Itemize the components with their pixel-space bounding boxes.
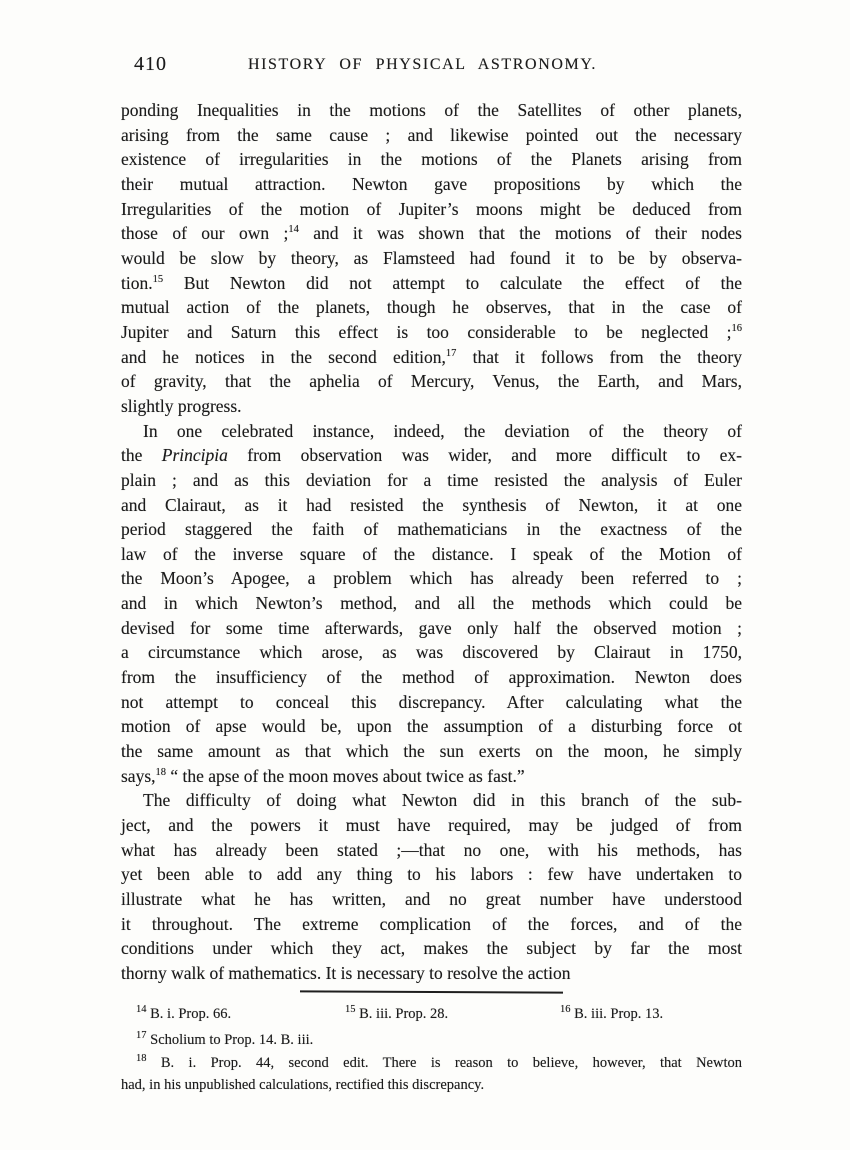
text-line: it throughout. The extreme complication … bbox=[121, 912, 742, 937]
text-line: mutual action of the planets, though he … bbox=[121, 295, 742, 320]
text-line: thorny walk of mathematics. It is necess… bbox=[121, 961, 742, 986]
text-line: motion of apse would be, upon the assump… bbox=[121, 714, 742, 739]
footnote-row: 14 B. i. Prop. 66.15 B. iii. Prop. 28.16… bbox=[121, 1006, 742, 1029]
text-line: those of our own ;14 and it was shown th… bbox=[121, 221, 742, 246]
text-line: would be slow by theory, as Flamsteed ha… bbox=[121, 246, 742, 271]
text-line: and in which Newton’s method, and all th… bbox=[121, 591, 742, 616]
text-line: the Moon’s Apogee, a problem which has a… bbox=[121, 566, 742, 591]
footnote-ref: 16 B. iii. Prop. 13. bbox=[560, 1006, 663, 1023]
text-line: illustrate what he has written, and no g… bbox=[121, 887, 742, 912]
text-line: from the insufficiency of the method of … bbox=[121, 665, 742, 690]
footnote-ref: 15 B. iii. Prop. 28. bbox=[345, 1006, 448, 1023]
text-line: Irregularities of the motion of Jupiter’… bbox=[121, 197, 742, 222]
text-line: their mutual attraction. Newton gave pro… bbox=[121, 172, 742, 197]
text-line: says,18 “ the apse of the moon moves abo… bbox=[121, 764, 742, 789]
text-line: arising from the same cause ; and likewi… bbox=[121, 123, 742, 148]
text-line: tion.15 But Newton did not attempt to ca… bbox=[121, 271, 742, 296]
book-page: 410 HISTORY OF PHYSICAL ASTRONOMY. pondi… bbox=[0, 0, 850, 1150]
text-line: not attempt to conceal this discrepancy.… bbox=[121, 690, 742, 715]
page-header: 410 HISTORY OF PHYSICAL ASTRONOMY. bbox=[121, 52, 742, 82]
text-line: The difficulty of doing what Newton did … bbox=[121, 788, 742, 813]
text-line: devised for some time afterwards, gave o… bbox=[121, 616, 742, 641]
text-line: Jupiter and Saturn this effect is too co… bbox=[121, 320, 742, 345]
text-line: In one celebrated instance, indeed, the … bbox=[121, 419, 742, 444]
page-number: 410 bbox=[134, 53, 167, 76]
text-line: what has already been stated ;—that no o… bbox=[121, 838, 742, 863]
body-text: ponding Inequalities in the motions of t… bbox=[121, 98, 742, 986]
footnote-line: had, in his unpublished calculations, re… bbox=[121, 1074, 742, 1097]
text-line: the same amount as that which the sun ex… bbox=[121, 739, 742, 764]
text-line: conditions under which they act, makes t… bbox=[121, 936, 742, 961]
footnotes: 14 B. i. Prop. 66.15 B. iii. Prop. 28.16… bbox=[121, 1006, 742, 1097]
text-line: and he notices in the second edition,17 … bbox=[121, 345, 742, 370]
running-title: HISTORY OF PHYSICAL ASTRONOMY. bbox=[103, 52, 742, 74]
text-line: of gravity, that the aphelia of Mercury,… bbox=[121, 369, 742, 394]
footnote-line: 18 B. i. Prop. 44, second edit. There is… bbox=[121, 1052, 742, 1075]
text-line: ponding Inequalities in the motions of t… bbox=[121, 98, 742, 123]
text-line: yet been able to add any thing to his la… bbox=[121, 862, 742, 887]
footnote-separator bbox=[300, 990, 563, 993]
text-line: existence of irregularities in the motio… bbox=[121, 147, 742, 172]
text-line: the Principia from observation was wider… bbox=[121, 443, 742, 468]
text-line: law of the inverse square of the distanc… bbox=[121, 542, 742, 567]
footnote-ref: 14 B. i. Prop. 66. bbox=[136, 1006, 231, 1023]
text-line: ject, and the powers it must have requir… bbox=[121, 813, 742, 838]
text-line: a circumstance which arose, as was disco… bbox=[121, 640, 742, 665]
text-line: slightly progress. bbox=[121, 394, 742, 419]
text-line: plain ; and as this deviation for a time… bbox=[121, 468, 742, 493]
text-line: period staggered the faith of mathematic… bbox=[121, 517, 742, 542]
footnote-line: 17 Scholium to Prop. 14. B. iii. bbox=[121, 1029, 742, 1052]
text-line: and Clairaut, as it had resisted the syn… bbox=[121, 493, 742, 518]
